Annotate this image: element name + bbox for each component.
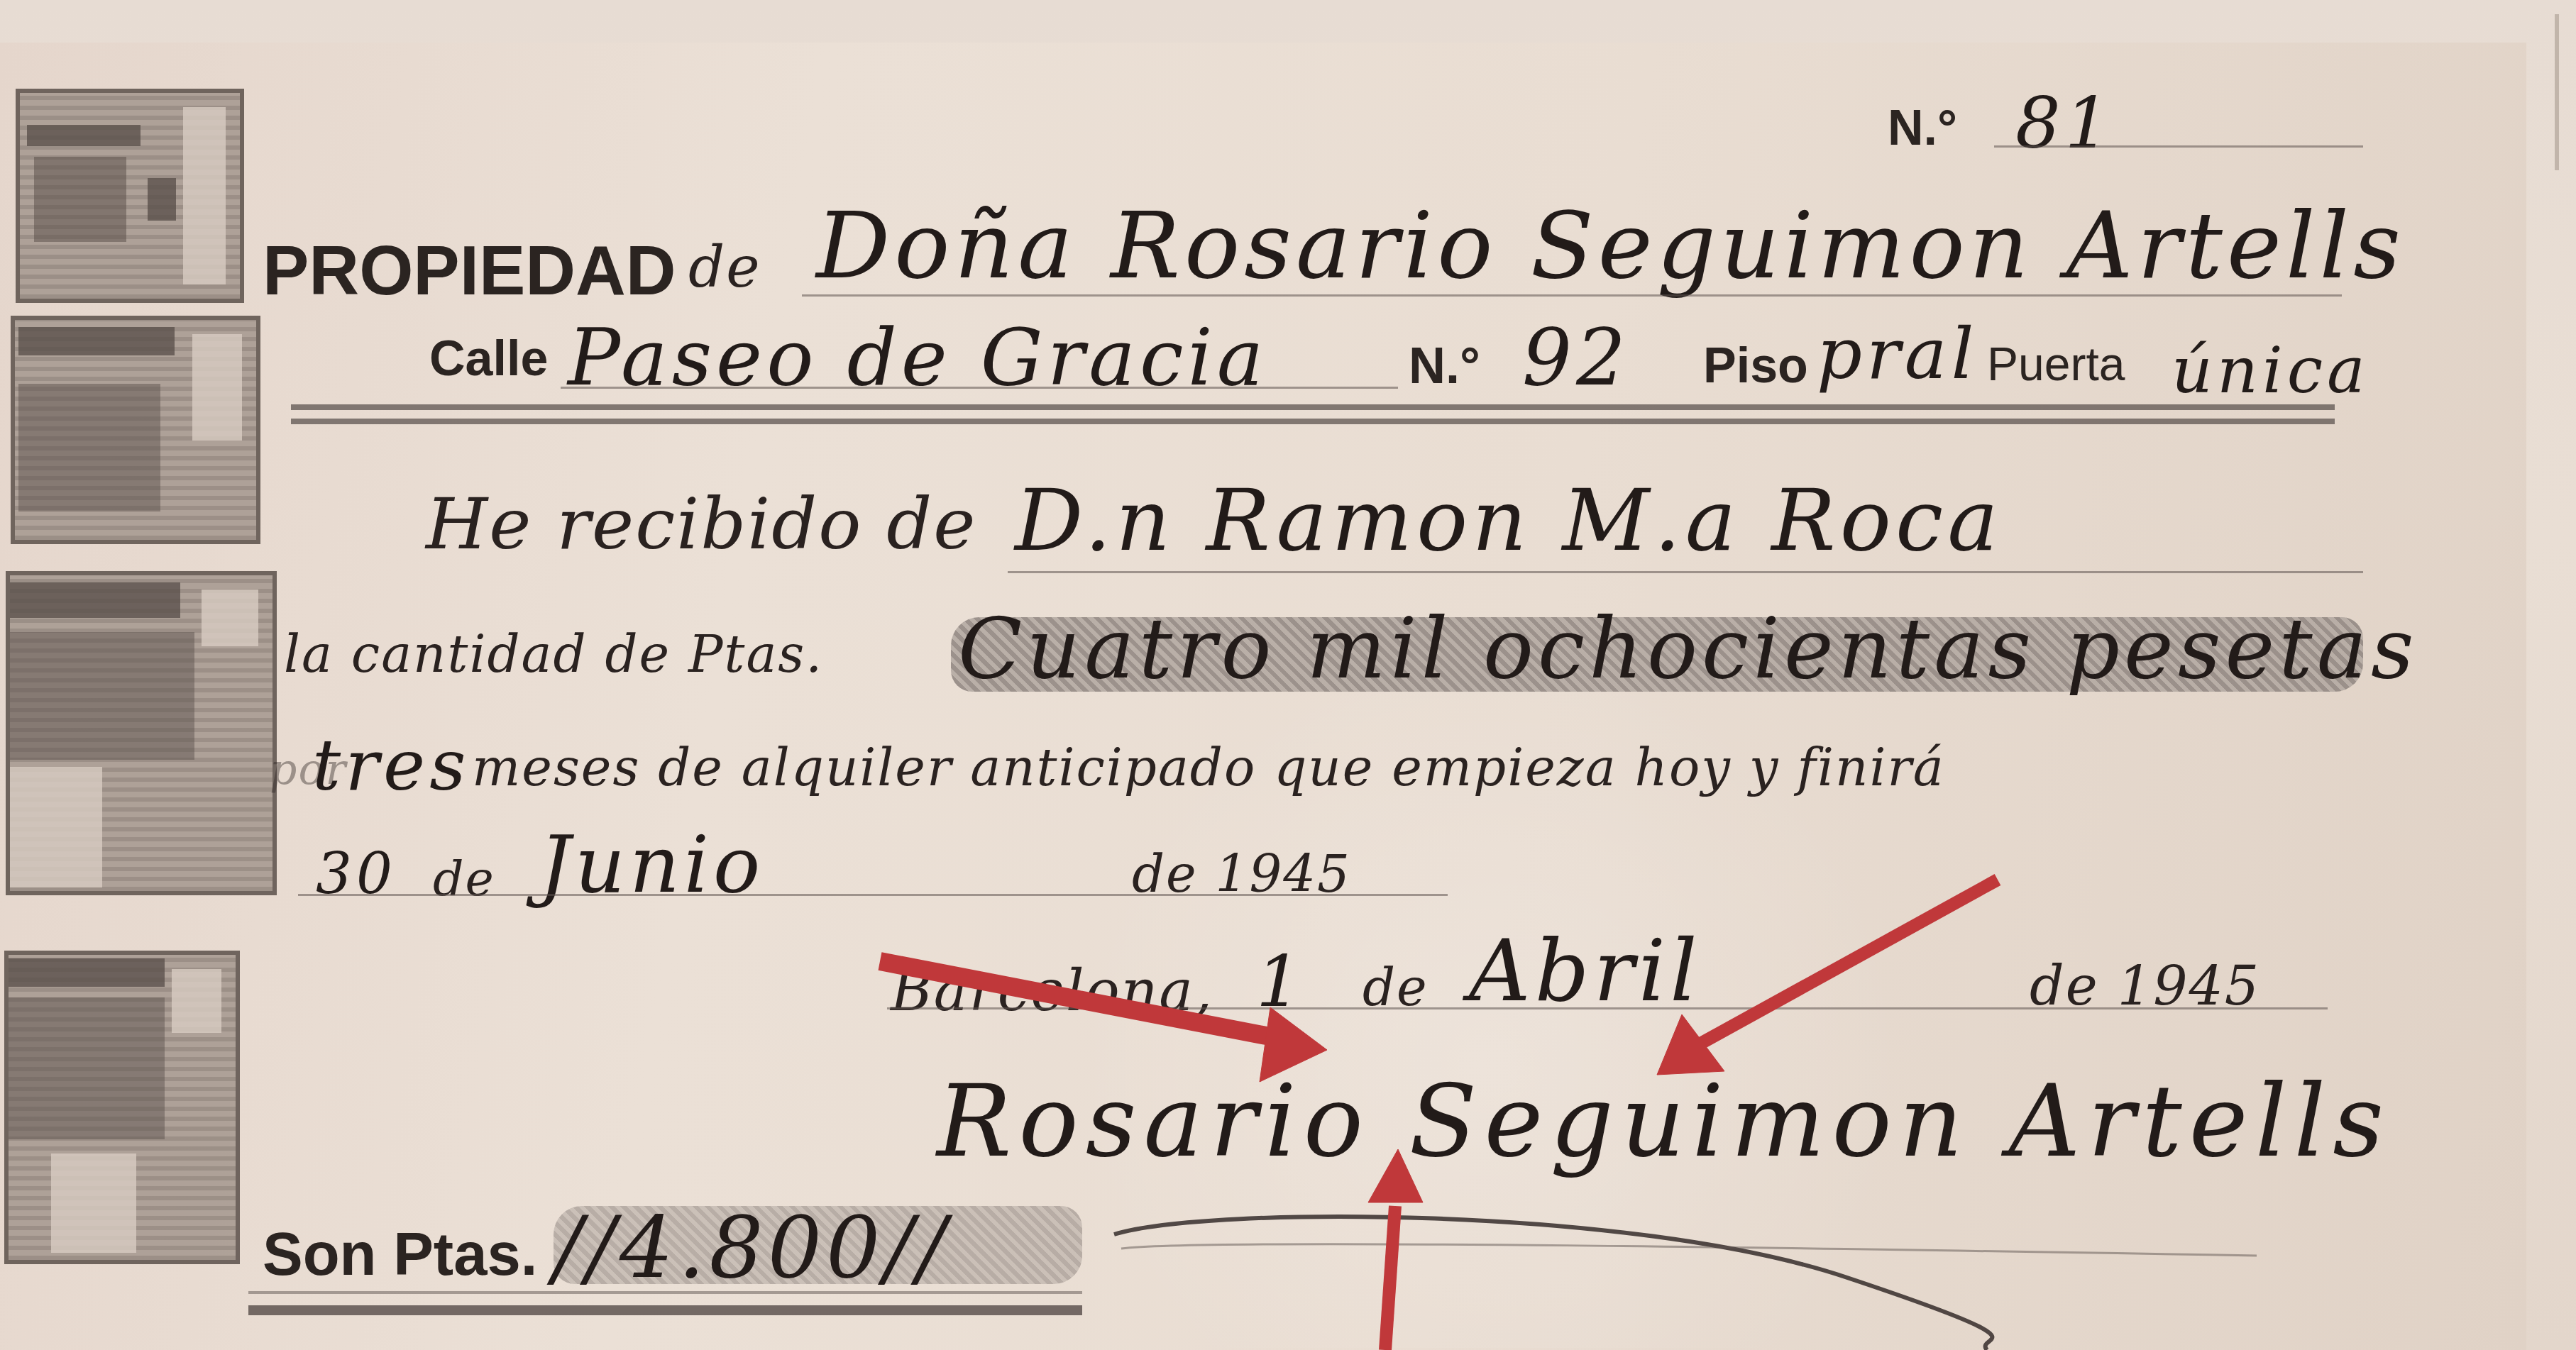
arrow-2-icon xyxy=(1657,880,1998,1075)
annotation-arrows xyxy=(0,0,2576,1350)
arrow-1-icon xyxy=(880,961,1327,1082)
arrow-3-icon xyxy=(1368,1149,1423,1350)
